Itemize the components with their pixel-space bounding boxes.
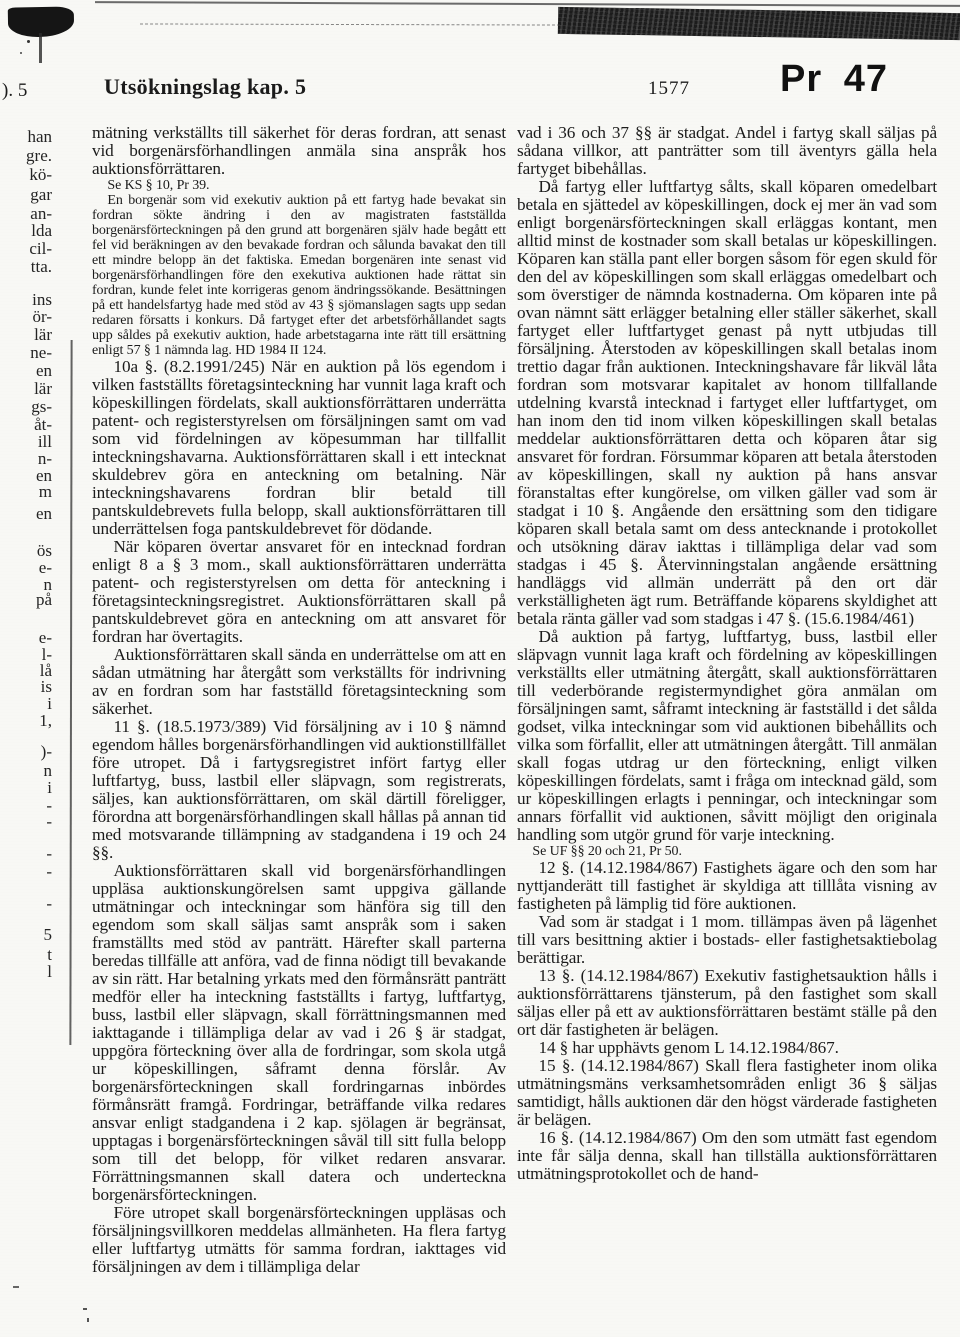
paragraph: 15 §. (14.12.1984/867) Skall flera fasti… [517, 1057, 937, 1129]
paragraph: Då auktion på fartyg, luftfartyg, buss, … [517, 628, 937, 844]
scan-artifact-dark-band [558, 7, 960, 40]
paragraph: 16 §. (14.12.1984/867) Om den som utmätt… [517, 1129, 937, 1183]
margin-fragment: t [47, 946, 52, 963]
margin-fragment: n- [38, 450, 52, 467]
margin-fragment: gre. [26, 147, 52, 164]
margin-fragment: en [36, 505, 52, 522]
margin-fragment: i [47, 779, 52, 796]
paragraph: 14 § har upphävts genom L 14.12.1984/867… [517, 1039, 937, 1057]
margin-fragment: gs- [31, 398, 52, 415]
margin-fragment: i [47, 695, 52, 712]
margin-fragment: 1, [39, 712, 52, 729]
margin-fragment: på [36, 591, 52, 608]
paragraph: Vad som är stadgat i 1 mom. tillämpas äv… [517, 913, 937, 967]
margin-fragment: lär [34, 380, 52, 397]
margin-fragment: is [41, 678, 52, 695]
margin-fragment: e- [39, 559, 52, 576]
margin-fragment: gar [30, 186, 52, 203]
paragraph: 13 §. (14.12.1984/867) Exekutiv fastighe… [517, 967, 937, 1039]
margin-fragment: en [36, 362, 52, 379]
margin-fragment: l [47, 963, 52, 980]
paragraph: Auktionsförrättaren skall sända en under… [92, 646, 506, 718]
margin-fragment: m [39, 483, 52, 500]
margin-fragment: tta. [31, 258, 52, 275]
margin-fragment: ins [32, 291, 52, 308]
margin-fragment: - [46, 845, 52, 862]
page-title: Utsökningslag kap. 5 [104, 74, 306, 100]
paragraph: När köparen övertar ansvaret för en inte… [92, 538, 506, 646]
right-column: vad i 36 och 37 §§ är stadgat. Andel i f… [517, 124, 937, 1183]
paragraph: vad i 36 och 37 §§ är stadgat. Andel i f… [517, 124, 937, 178]
margin-fragment-column: hangre.kö-garan-ldacil-tta.insör-lärne-e… [0, 0, 58, 1337]
margin-fragment: ös [37, 542, 52, 559]
paragraph: mätning verkställts till säkerhet för de… [92, 124, 506, 178]
text-columns: mätning verkställts till säkerhet för de… [92, 124, 937, 1276]
paragraph: Före utropet skall borgenärsförteckninge… [92, 1204, 506, 1276]
margin-fragment: kö- [29, 166, 52, 183]
scan-artifact-speck [87, 1318, 89, 1322]
margin-fragment: cil- [29, 240, 52, 257]
margin-fragment: lär [34, 326, 52, 343]
paragraph: Se UF §§ 20 och 21, Pr 50. [517, 844, 937, 859]
page-number: 1577 [648, 78, 690, 100]
margin-fragment: - [46, 895, 52, 912]
scanned-document-page: ). 5 Utsökningslag kap. 5 1577 Pr 47 han… [0, 0, 960, 1337]
paragraph: Då fartyg eller luftfartyg sålts, skall … [517, 178, 937, 628]
scan-artifact-top-line [95, 1, 960, 7]
corner-label: Pr 47 [780, 58, 888, 101]
paragraph: Se KS § 10, Pr 39. [92, 178, 506, 193]
margin-fragment: n [44, 762, 53, 779]
margin-fragment: han [27, 128, 52, 145]
margin-fragment: ill [38, 433, 52, 450]
margin-fragment: ör- [33, 308, 52, 325]
margin-fragment: - [46, 863, 52, 880]
margin-fragment: ne- [30, 344, 52, 361]
left-column: mätning verkställts till säkerhet för de… [92, 124, 506, 1276]
margin-fragment: 5 [44, 926, 53, 943]
paragraph: 11 §. (18.5.1973/389) Vid försäljning av… [92, 718, 506, 862]
paragraph: En borgenär som vid exekutiv auktion på … [92, 193, 506, 358]
scan-artifact-speck [83, 1308, 87, 1310]
paragraph: 10a §. (8.2.1991/245) När en auktion på … [92, 358, 506, 538]
margin-fragment: )- [41, 743, 52, 760]
scan-artifact-dotted-line [140, 23, 560, 25]
margin-fragment: e- [39, 629, 52, 646]
margin-fragment: - [46, 813, 52, 830]
margin-fragment: åt- [34, 416, 52, 433]
scan-artifact-crease-line [69, 340, 72, 1045]
margin-fragment: an- [30, 205, 52, 222]
paragraph: 12 §. (14.12.1984/867) Fastighets ägare … [517, 859, 937, 913]
margin-fragment: lda [31, 222, 52, 239]
paragraph: Auktionsförrättaren skall vid borgenärsf… [92, 862, 506, 1204]
